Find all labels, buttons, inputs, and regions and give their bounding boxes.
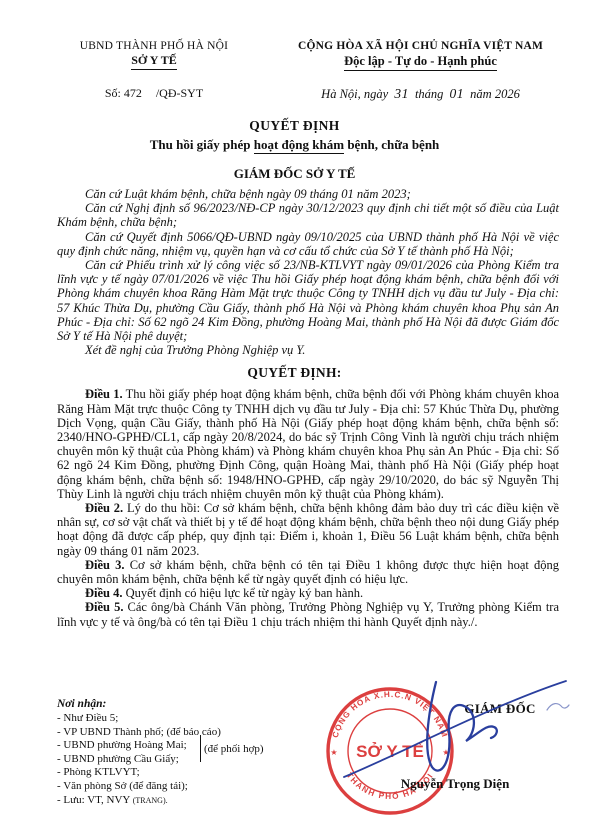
number-date-row: Số: 472/QĐ-SYT Hà Nội, ngày 31 tháng 01 … [0,71,589,102]
preamble-paragraph: Căn cứ Luật khám bệnh, chữa bệnh ngày 09… [57,187,559,201]
luu-note: (TRANG). [133,796,168,805]
signer-name: Nguyễn Trọng Diện [355,776,555,792]
recipient-item: - Lưu: VT, NVY (TRANG). [57,794,292,808]
recipient-item: - Phòng KTLVYT; [57,766,292,780]
document-number: Số: 472/QĐ-SYT [38,86,270,102]
article-paragraph: Điều 2. Lý do thu hồi: Cơ sở khám bệnh, … [57,501,559,558]
article-paragraph: Điều 5. Các ông/bà Chánh Văn phòng, Trưở… [57,600,559,628]
articles: Điều 1. Thu hồi giấy phép hoạt động khám… [57,387,559,628]
issuing-org: SỞ Y TẾ [38,53,270,70]
handwritten-day: 31 [391,86,412,101]
issuing-org-parent: UBND THÀNH PHỐ HÀ NỘI [38,40,270,52]
title-block: QUYẾT ĐỊNH Thu hồi giấy phép hoạt động k… [0,118,589,153]
pen-flourish-icon [545,698,571,714]
recipients-title: Nơi nhận: [57,698,292,710]
place-date-line: Hà Nội, ngày 31 tháng 01 năm 2026 [270,86,571,102]
coordination-note: (để phối hợp) [200,735,264,762]
article-paragraph: Điều 4. Quyết định có hiệu lực kể từ ngà… [57,586,559,600]
preamble-paragraph: Căn cứ Phiếu trình xử lý công việc số 23… [57,258,559,343]
decision-heading: QUYẾT ĐỊNH: [0,365,589,381]
recipients-block: Nơi nhận: - Như Điều 5; - VP UBND Thành … [57,698,292,807]
article-paragraph: Điều 1. Thu hồi giấy phép hoạt động khám… [57,387,559,501]
document-subject: Thu hồi giấy phép hoạt động khám bệnh, c… [0,137,589,153]
director-signature-icon [338,674,570,786]
preamble-paragraph: Căn cứ Quyết định 5066/QĐ-UBND ngày 09/1… [57,230,559,258]
recipient-item: - Văn phòng Sở (để đăng tải); [57,780,292,794]
recipient-item: - Như Điều 5; [57,712,292,726]
article-paragraph: Điều 3. Cơ sở khám bệnh, chữa bệnh có tê… [57,558,559,586]
republic-line: CỘNG HÒA XÃ HỘI CHỦ NGHĨA VIỆT NAM [270,40,571,52]
motto-line: Độc lập - Tự do - Hạnh phúc [270,54,571,71]
issuing-org-block: UBND THÀNH PHỐ HÀ NỘI SỞ Y TẾ [38,40,270,71]
preamble-paragraph: Xét đề nghị của Trưởng Phòng Nghiệp vụ Y… [57,343,559,357]
preamble-paragraph: Căn cứ Nghị định số 96/2023/NĐ-CP ngày 3… [57,201,559,229]
document-kind: QUYẾT ĐỊNH [0,118,589,134]
seal-star-left-icon: ★ [330,748,337,757]
document-page: UBND THÀNH PHỐ HÀ NỘI SỞ Y TẾ CỘNG HÒA X… [0,0,589,839]
document-header: UBND THÀNH PHỐ HÀ NỘI SỞ Y TẾ CỘNG HÒA X… [0,0,589,71]
handwritten-month: 01 [447,86,468,101]
document-footer: Nơi nhận: - Như Điều 5; - VP UBND Thành … [0,692,589,839]
national-header-block: CỘNG HÒA XÃ HỘI CHỦ NGHĨA VIỆT NAM Độc l… [270,40,571,71]
preamble: Căn cứ Luật khám bệnh, chữa bệnh ngày 09… [57,187,559,357]
issuing-authority: GIÁM ĐỐC SỞ Y TẾ [0,166,589,182]
